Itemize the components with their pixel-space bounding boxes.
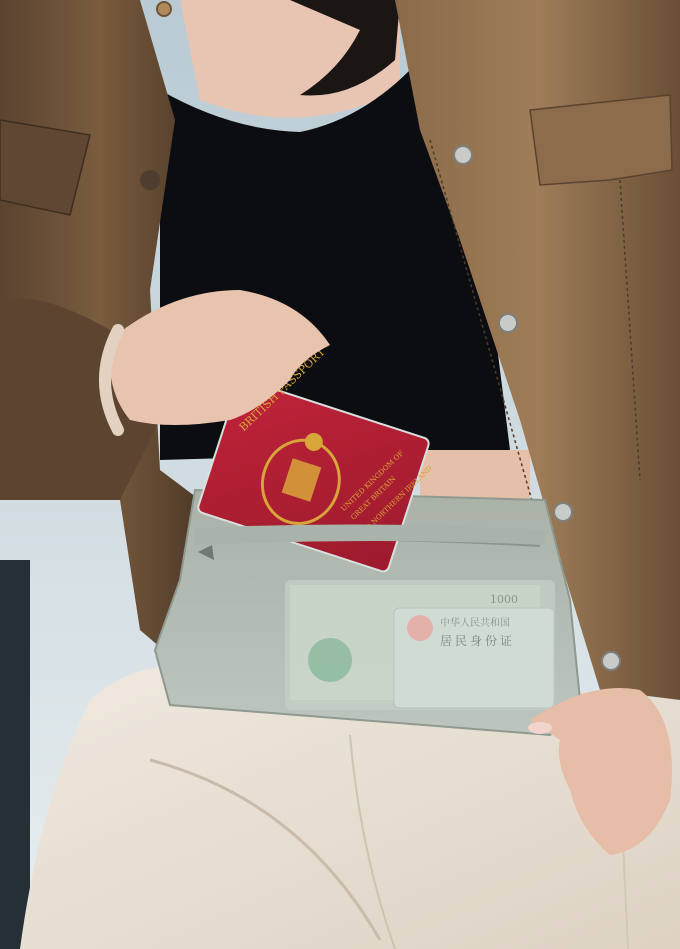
midriff bbox=[420, 450, 530, 500]
jacket-pocket-flap bbox=[530, 95, 672, 185]
photo-canvas: 1000 中华人民共和国 居民身份证 BRITISH PASSPORT UNIT… bbox=[0, 0, 680, 949]
snap-button-icon bbox=[140, 170, 160, 190]
snap-button-icon bbox=[499, 314, 517, 332]
id-card-emblem-icon bbox=[407, 615, 433, 641]
banknote-denomination: 1000 bbox=[490, 593, 518, 606]
id-card-line1: 中华人民共和国 bbox=[440, 616, 510, 629]
product-photo: 1000 中华人民共和国 居民身份证 BRITISH PASSPORT UNIT… bbox=[0, 0, 680, 949]
window-frame bbox=[0, 560, 30, 949]
id-card-line2: 居民身份证 bbox=[440, 634, 515, 648]
snap-button-icon bbox=[157, 2, 171, 16]
snap-button-icon bbox=[554, 503, 572, 521]
id-card: 中华人民共和国 居民身份证 bbox=[394, 608, 554, 708]
snap-button-icon bbox=[454, 146, 472, 164]
snap-button-icon bbox=[602, 652, 620, 670]
fingernail bbox=[528, 722, 552, 734]
